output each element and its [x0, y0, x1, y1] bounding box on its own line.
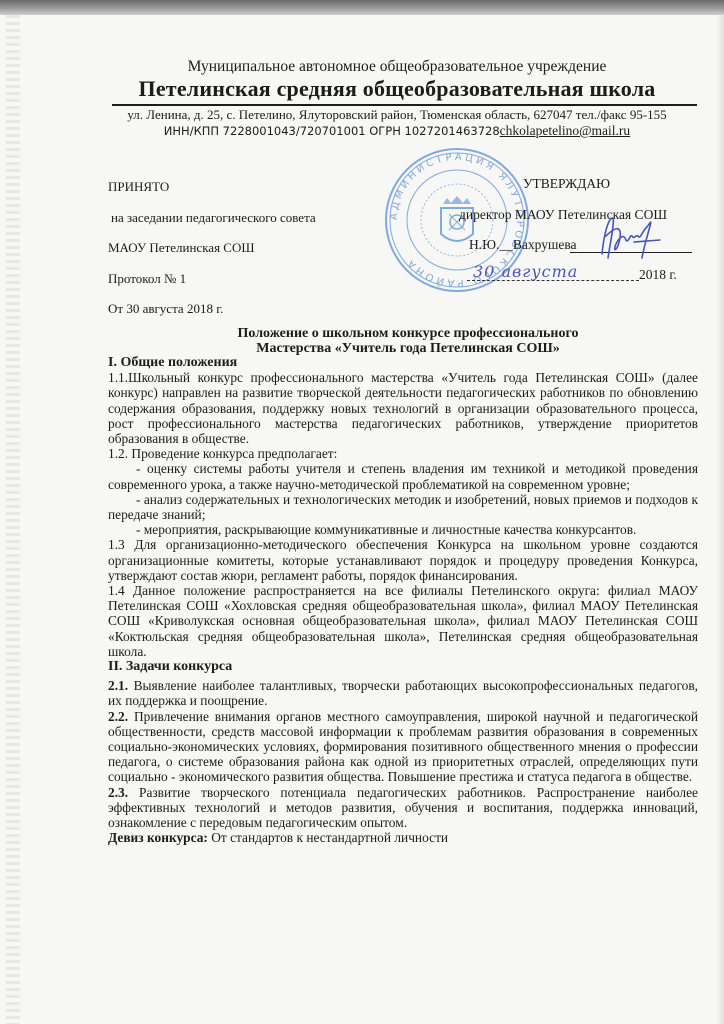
paragraph-2-2-text: Привлечение внимания органов местного са… [108, 709, 698, 785]
accepted-protocol: Протокол № 1 [108, 264, 316, 295]
paragraph-2-2-number: 2.2. [108, 709, 128, 724]
email-link[interactable]: chkolapetelino@mail.ru [500, 123, 631, 138]
document-body: I. Общие положения 1.1.Школьный конкурс … [108, 355, 698, 846]
paragraph-2-3-text: Развитие творческого потенциала педагоги… [108, 785, 698, 830]
paragraph-2-1-number: 2.1. [108, 678, 128, 693]
document-title-line2: Мастерства «Учитель года Петелинская СОШ… [92, 341, 724, 356]
paragraph-2-3-number: 2.3. [108, 785, 128, 800]
header-divider [112, 104, 697, 106]
paragraph-2-3: 2.3. Развитие творческого потенциала пед… [108, 785, 698, 831]
document-title: Положение о школьном конкурсе профессион… [0, 326, 724, 356]
paragraph-1-2: 1.2. Проведение конкурса предполагает: [108, 446, 698, 461]
accepted-title: ПРИНЯТО [108, 172, 316, 203]
contest-motto: Девиз конкурса: От стандартов к нестанда… [108, 830, 698, 845]
accepted-council: на заседании педагогического совета [108, 203, 316, 234]
section-heading-tasks: II. Задачи конкурса [108, 659, 698, 674]
list-item-1-2-a: - оценку системы работы учителя и степен… [108, 461, 698, 491]
document-page: Муниципальное автономное общеобразовател… [0, 0, 724, 1024]
school-name: Петелинская средняя общеобразовательная … [0, 76, 724, 102]
handwritten-date: 30 августа [473, 262, 578, 281]
registration-numbers: ИНН/КПП 7228001043/720701001 ОГРН 102720… [164, 124, 500, 138]
paragraph-1-4: 1.4 Данное положение распространяется на… [108, 583, 698, 659]
document-title-line1: Положение о школьном конкурсе профессион… [92, 326, 724, 341]
approval-year: 2018 г. [639, 267, 677, 283]
list-item-1-2-c: - мероприятия, раскрывающие коммуникатив… [108, 522, 698, 537]
paragraph-1-1: 1.1.Школьный конкурс профессионального м… [108, 370, 698, 446]
approved-title: УТВЕРЖДАЮ [523, 176, 610, 192]
paragraph-1-3: 1.3 Для организационно-методического обе… [108, 537, 698, 583]
paragraph-2-1: 2.1. Выявление наиболее талантливых, тво… [108, 678, 698, 708]
paragraph-2-1-text: Выявление наиболее талантливых, творческ… [108, 678, 698, 708]
accepted-block: ПРИНЯТО на заседании педагогического сов… [108, 172, 316, 325]
accepted-date: От 30 августа 2018 г. [108, 294, 316, 325]
accepted-school: МАОУ Петелинская СОШ [108, 233, 316, 264]
list-item-1-2-b: - анализ содержательных и технологически… [108, 492, 698, 522]
motto-label: Девиз конкурса: [108, 830, 208, 845]
section-heading-general: I. Общие положения [108, 355, 698, 370]
signature-icon [594, 214, 664, 262]
motto-text: От стандартов к нестандартной личности [208, 830, 448, 845]
director-name: Н.Ю.__Вахрушева [469, 237, 577, 253]
school-registration: ИНН/КПП 7228001043/720701001 ОГРН 102720… [0, 123, 724, 139]
paragraph-2-2: 2.2. Привлечение внимания органов местно… [108, 709, 698, 785]
organization-type: Муниципальное автономное общеобразовател… [0, 58, 724, 76]
school-address: ул. Ленина, д. 25, с. Петелино, Ялуторов… [0, 107, 724, 123]
